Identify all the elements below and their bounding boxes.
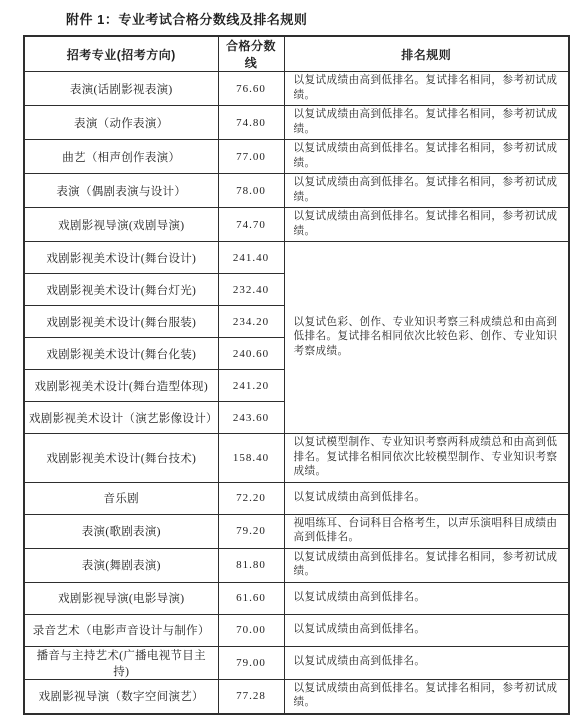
table-row: 戏剧影视美术设计(舞台设计)241.40以复试色彩、创作、专业知识考察三科成绩总… bbox=[24, 242, 569, 274]
column-header-rule: 排名规则 bbox=[284, 36, 569, 72]
major-cell: 表演(舞剧表演) bbox=[24, 548, 218, 582]
major-cell: 戏剧影视美术设计(舞台技术) bbox=[24, 434, 218, 483]
major-cell: 戏剧影视美术设计(舞台灯光) bbox=[24, 274, 218, 306]
major-cell: 戏剧影视导演(戏剧导演) bbox=[24, 208, 218, 242]
header-row: 招考专业(招考方向) 合格分数线 排名规则 bbox=[24, 36, 569, 72]
score-cell: 243.60 bbox=[218, 402, 284, 434]
page-title: 附件 1：专业考试合格分数线及排名规则 bbox=[66, 9, 307, 28]
table-row: 曲艺（相声创作表演）77.00以复试成绩由高到低排名。复试排名相同，参考初试成绩… bbox=[24, 140, 569, 174]
score-cell: 77.00 bbox=[218, 140, 284, 174]
rule-cell: 以复试成绩由高到低排名。复试排名相同，参考初试成绩。 bbox=[284, 140, 569, 174]
table-row: 戏剧影视导演(电影导演)61.60以复试成绩由高到低排名。 bbox=[24, 582, 569, 614]
rule-cell: 以复试成绩由高到低排名。复试排名相同，参考初试成绩。 bbox=[284, 208, 569, 242]
score-cell: 77.28 bbox=[218, 679, 284, 714]
score-cell: 61.60 bbox=[218, 582, 284, 614]
rule-cell: 以复试模型制作、专业知识考察两科成绩总和由高到低排名。复试排名相同依次比较模型制… bbox=[284, 434, 569, 483]
score-cell: 74.70 bbox=[218, 208, 284, 242]
rule-cell: 以复试成绩由高到低排名。复试排名相同，参考初试成绩。 bbox=[284, 548, 569, 582]
rule-cell: 以复试成绩由高到低排名。 bbox=[284, 614, 569, 646]
score-cell: 70.00 bbox=[218, 614, 284, 646]
table-body: 表演(话剧影视表演)76.60以复试成绩由高到低排名。复试排名相同，参考初试成绩… bbox=[24, 72, 569, 714]
rule-cell: 以复试成绩由高到低排名。 bbox=[284, 646, 569, 679]
major-cell: 戏剧影视美术设计(舞台造型体现) bbox=[24, 370, 218, 402]
column-header-major: 招考专业(招考方向) bbox=[24, 36, 218, 72]
table-row: 戏剧影视美术设计(舞台技术)158.40以复试模型制作、专业知识考察两科成绩总和… bbox=[24, 434, 569, 483]
major-cell: 戏剧影视美术设计(舞台化装) bbox=[24, 338, 218, 370]
score-cell: 76.60 bbox=[218, 72, 284, 106]
table-row: 表演(舞剧表演)81.80以复试成绩由高到低排名。复试排名相同，参考初试成绩。 bbox=[24, 548, 569, 582]
major-cell: 戏剧影视导演(电影导演) bbox=[24, 582, 218, 614]
table-row: 表演（偶剧表演与设计）78.00以复试成绩由高到低排名。复试排名相同，参考初试成… bbox=[24, 174, 569, 208]
score-cell: 81.80 bbox=[218, 548, 284, 582]
score-cell: 79.20 bbox=[218, 514, 284, 548]
score-cell: 72.20 bbox=[218, 482, 284, 514]
rule-cell: 以复试成绩由高到低排名。复试排名相同，参考初试成绩。 bbox=[284, 174, 569, 208]
rule-cell: 以复试成绩由高到低排名。复试排名相同，参考初试成绩。 bbox=[284, 106, 569, 140]
score-cell: 241.40 bbox=[218, 242, 284, 274]
major-cell: 表演(歌剧表演) bbox=[24, 514, 218, 548]
major-cell: 戏剧影视美术设计（演艺影像设计） bbox=[24, 402, 218, 434]
major-cell: 表演（动作表演） bbox=[24, 106, 218, 140]
score-table: 招考专业(招考方向) 合格分数线 排名规则 表演(话剧影视表演)76.60以复试… bbox=[23, 35, 570, 715]
major-cell: 表演（偶剧表演与设计） bbox=[24, 174, 218, 208]
table-row: 表演(歌剧表演)79.20视唱练耳、台词科目合格考生，以声乐演唱科目成绩由高到低… bbox=[24, 514, 569, 548]
rule-cell: 以复试色彩、创作、专业知识考察三科成绩总和由高到低排名。复试排名相同依次比较色彩… bbox=[284, 242, 569, 434]
table-row: 戏剧影视导演（数字空间演艺）77.28以复试成绩由高到低排名。复试排名相同，参考… bbox=[24, 679, 569, 714]
score-cell: 232.40 bbox=[218, 274, 284, 306]
major-cell: 播音与主持艺术(广播电视节目主持) bbox=[24, 646, 218, 679]
score-cell: 78.00 bbox=[218, 174, 284, 208]
major-cell: 录音艺术（电影声音设计与制作） bbox=[24, 614, 218, 646]
major-cell: 戏剧影视导演（数字空间演艺） bbox=[24, 679, 218, 714]
major-cell: 音乐剧 bbox=[24, 482, 218, 514]
table-row: 音乐剧72.20以复试成绩由高到低排名。 bbox=[24, 482, 569, 514]
major-cell: 戏剧影视美术设计(舞台设计) bbox=[24, 242, 218, 274]
table-row: 表演(话剧影视表演)76.60以复试成绩由高到低排名。复试排名相同，参考初试成绩… bbox=[24, 72, 569, 106]
major-cell: 表演(话剧影视表演) bbox=[24, 72, 218, 106]
score-cell: 234.20 bbox=[218, 306, 284, 338]
rule-cell: 以复试成绩由高到低排名。复试排名相同，参考初试成绩。 bbox=[284, 679, 569, 714]
rule-cell: 以复试成绩由高到低排名。 bbox=[284, 482, 569, 514]
score-cell: 240.60 bbox=[218, 338, 284, 370]
column-header-score: 合格分数线 bbox=[218, 36, 284, 72]
score-cell: 241.20 bbox=[218, 370, 284, 402]
table-row: 戏剧影视导演(戏剧导演)74.70以复试成绩由高到低排名。复试排名相同，参考初试… bbox=[24, 208, 569, 242]
table-row: 表演（动作表演）74.80以复试成绩由高到低排名。复试排名相同，参考初试成绩。 bbox=[24, 106, 569, 140]
major-cell: 戏剧影视美术设计(舞台服装) bbox=[24, 306, 218, 338]
major-cell: 曲艺（相声创作表演） bbox=[24, 140, 218, 174]
table-row: 播音与主持艺术(广播电视节目主持)79.00以复试成绩由高到低排名。 bbox=[24, 646, 569, 679]
rule-cell: 视唱练耳、台词科目合格考生，以声乐演唱科目成绩由高到低排名。 bbox=[284, 514, 569, 548]
score-cell: 79.00 bbox=[218, 646, 284, 679]
rule-cell: 以复试成绩由高到低排名。复试排名相同，参考初试成绩。 bbox=[284, 72, 569, 106]
score-cell: 74.80 bbox=[218, 106, 284, 140]
rule-cell: 以复试成绩由高到低排名。 bbox=[284, 582, 569, 614]
score-cell: 158.40 bbox=[218, 434, 284, 483]
table-row: 录音艺术（电影声音设计与制作）70.00以复试成绩由高到低排名。 bbox=[24, 614, 569, 646]
